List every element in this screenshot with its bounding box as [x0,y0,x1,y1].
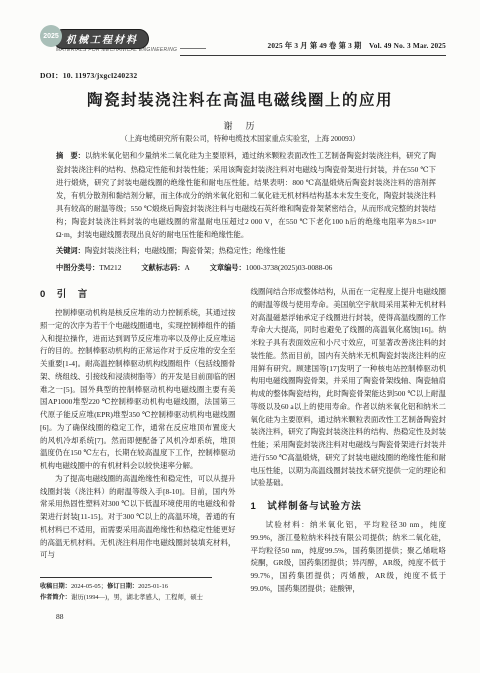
clc-pair: 中图分类号：TM212 [56,263,121,272]
logo-dash [180,48,206,49]
received-line: 收稿日期：2024-05-05；修订日期：2025-01-16 [40,582,212,593]
received-value: 2024-05-05； [71,583,107,590]
footnote-block: 收稿日期：2024-05-05；修订日期：2025-01-16 作者简介：谢历(… [40,577,212,603]
revised-value: 2025-01-16 [138,583,168,590]
clc-label: 中图分类号： [56,263,99,272]
doc-code-value: A [184,263,189,272]
received-label: 收稿日期： [40,583,71,590]
abstract-paragraph: 摘 要：以纳米氧化铝和少量纳米二氧化硅为主要原料，通过纳米颗粒表面改性工艺制备陶… [56,149,436,241]
year-badge: 2025 [40,25,62,47]
clc-value: TM212 [99,263,121,272]
methods-heading: 1 试样制备与试验方法 [251,498,447,512]
page-header: 2025 机械工程材料 MATERIALS FOR MECHANICAL ENG… [40,30,446,62]
intro-heading: 0 引 言 [40,286,236,300]
doc-code-pair: 文献标志码：A [141,263,190,272]
intro-paragraph-2: 为了提高电磁线圈的高温绝缘性和稳定性，可以从提升线圈封装（浇注料）的耐温等级入手… [40,473,236,562]
page-number: 88 [40,612,236,621]
abstract-text: 以纳米氧化铝和少量纳米二氧化硅为主要原料，通过纳米颗粒表面改性工艺制备陶瓷封装浇… [56,151,436,239]
doc-code-label: 文献标志码： [141,263,184,272]
header-rule [180,55,446,56]
article-title: 陶瓷封装浇注料在高温电磁线圈上的应用 [0,88,480,110]
keywords-line: 关键词：陶瓷封装浇注料；电磁线圈；陶瓷骨架；热稳定性；绝缘性能 [56,244,436,258]
author-affiliation: （上海电缆研究所有限公司，特种电缆技术国家重点实验室，上海 200093） [0,134,480,144]
left-column: 0 引 言 控制棒驱动机构是核反应堆的动力控制系统，其通过按照一定的次序为若干个… [40,286,236,638]
body-columns: 0 引 言 控制棒驱动机构是核反应堆的动力控制系统，其通过按照一定的次序为若干个… [40,286,446,638]
journal-logo-cn: 机械工程材料 [53,29,149,49]
author-bio-line: 作者简介：谢历(1994—)，男，湖北孝感人，工程师，硕士 [40,593,212,604]
journal-logo: 2025 机械工程材料 MATERIALS FOR MECHANICAL ENG… [40,30,190,60]
article-id-pair: 文章编号：1000-3738(2025)03-0088-06 [210,263,333,272]
keywords-text: 陶瓷封装浇注料；电磁线圈；陶瓷骨架；热稳定性；绝缘性能 [85,246,286,255]
article-id-label: 文章编号： [210,263,246,272]
abstract-block: 摘 要：以纳米氧化铝和少量纳米二氧化硅为主要原料，通过纳米颗粒表面改性工艺制备陶… [56,149,436,275]
bio-value: 谢历(1994—)，男，湖北孝感人，工程师，硕士 [71,594,203,601]
journal-page: 2025 机械工程材料 MATERIALS FOR MECHANICAL ENG… [0,0,480,673]
intro-continuation-paragraph: 线圈间结合形成整体结构，从而在一定程度上提升电磁线圈的耐温等级与使用寿命。美国航… [251,286,447,490]
issue-info: 2025 年 3 月 第 49 卷 第 3 期 Vol. 49 No. 3 Ma… [267,41,446,51]
doi: DOI：10. 11973/jxgcl240232 [40,70,137,81]
article-id-value: 1000-3738(2025)03-0088-06 [246,263,333,272]
classification-line: 中图分类号：TM212 文献标志码：A 文章编号：1000-3738(2025)… [56,261,436,275]
author-name: 谢 历 [0,119,480,132]
right-column: 线圈间结合形成整体结构，从而在一定程度上提升电磁线圈的耐温等级与使用寿命。美国航… [251,286,447,638]
left-column-text: 0 引 言 控制棒驱动机构是核反应堆的动力控制系统，其通过按照一定的次序为若干个… [40,286,236,573]
intro-paragraph-1: 控制棒驱动机构是核反应堆的动力控制系统，其通过按照一定的次序为若干个电磁线圈通电… [40,307,236,473]
bio-label: 作者简介： [40,594,71,601]
keywords-label: 关键词： [56,246,85,255]
revised-label: 修订日期： [107,583,138,590]
abstract-label: 摘 要： [56,151,85,160]
methods-paragraph-1: 试验材料：纳米氧化铝，平均粒径30 nm，纯度99.9%，浙江曼粒纳米科技有限公… [251,519,447,596]
